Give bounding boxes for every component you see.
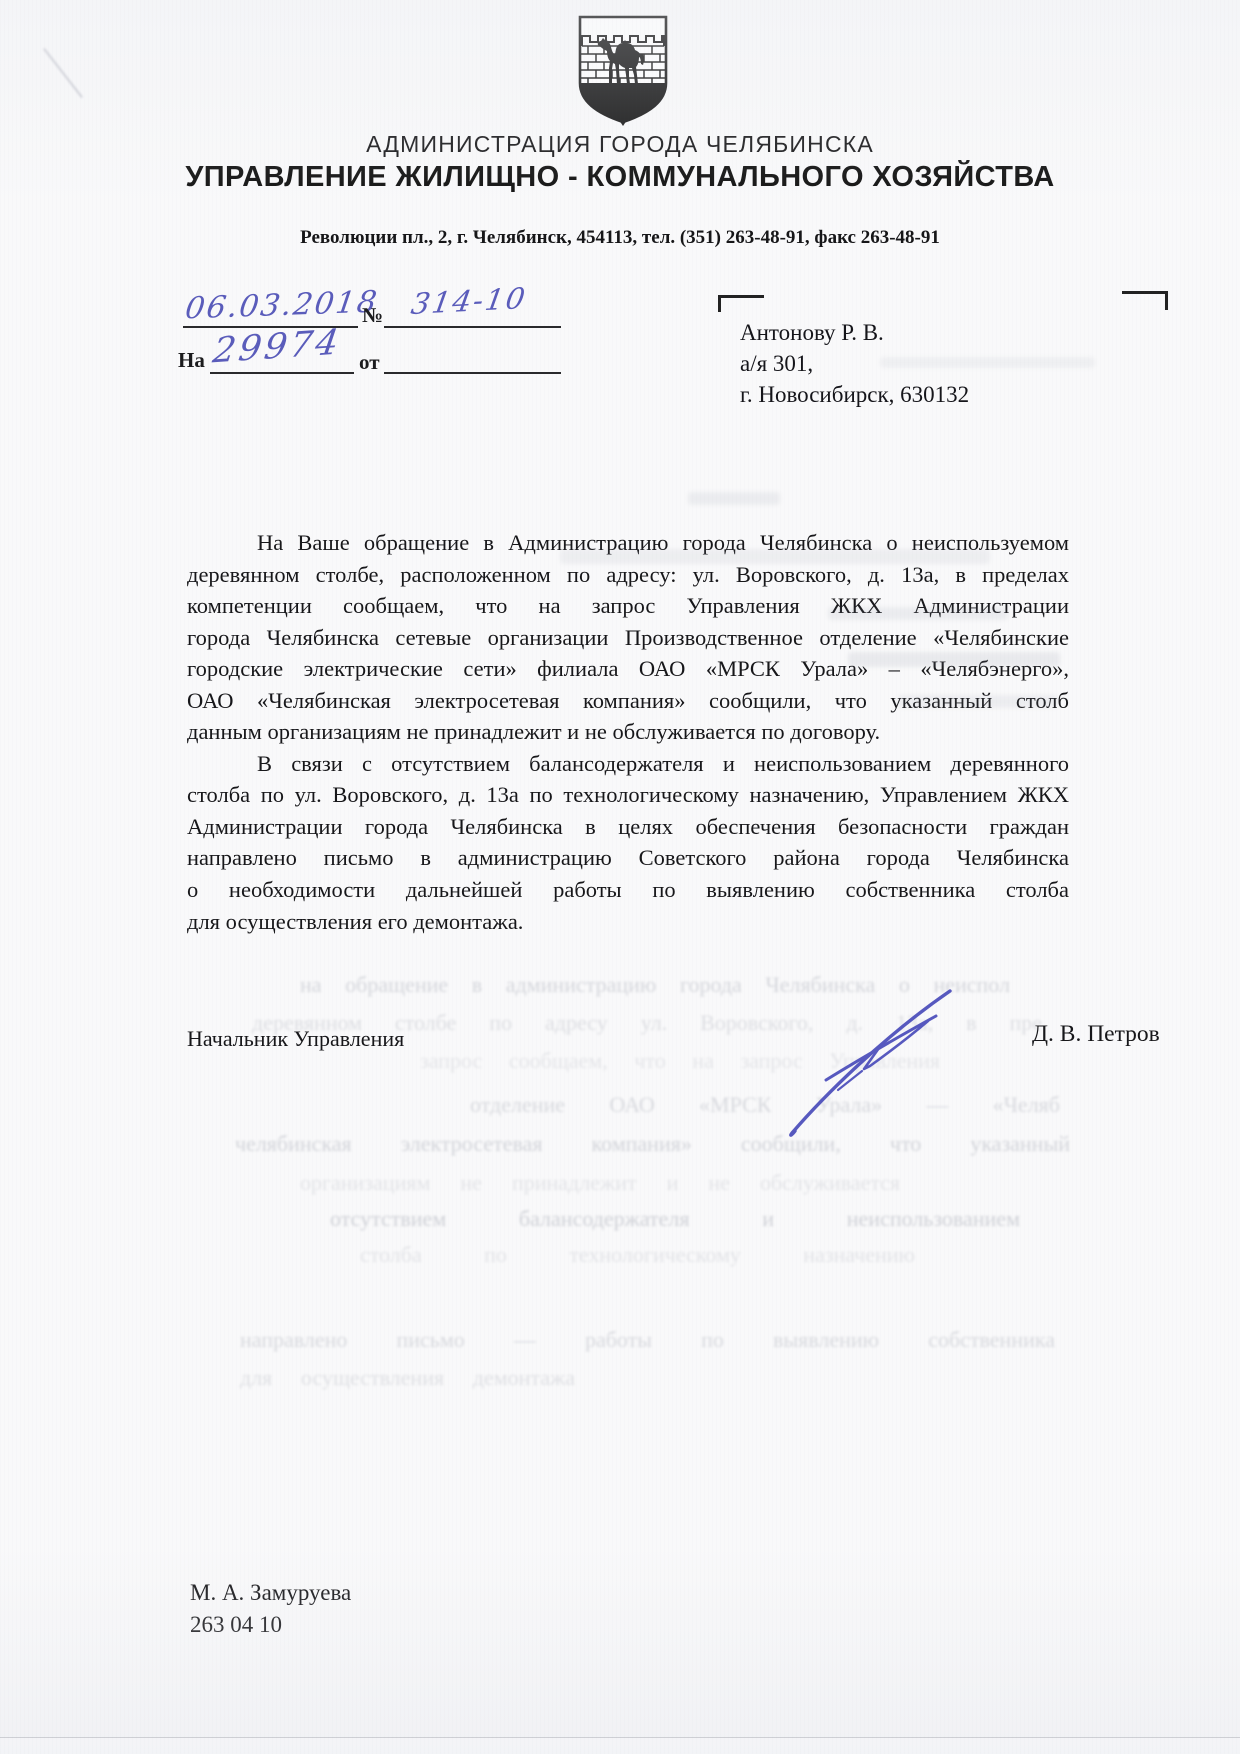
body-text: На Ваше обращение в Администрацию города… (187, 527, 1069, 937)
from-underline (384, 372, 561, 374)
bleedthrough-line: отделение ОАО «МРСК Урала» — «Челяб (470, 1092, 1060, 1118)
bleedthrough-line: организациям не принадлежит и не обслужи… (300, 1170, 900, 1196)
body-line: ОАО «Челябинская электросетевая компания… (187, 685, 1069, 717)
handwritten-outgoing-number: 314-10 (409, 281, 530, 321)
body-line: компетенции сообщаем, что на запрос Упра… (187, 590, 1069, 622)
number-underline (384, 326, 561, 328)
signer-title: Начальник Управления (187, 1026, 404, 1052)
body-line: направлено письмо в администрацию Советс… (187, 842, 1069, 874)
bleedthrough-line: столба по технологическому назначению (360, 1242, 915, 1268)
address-corner-mark-right (1122, 291, 1168, 310)
scan-corner-artifact (43, 48, 83, 98)
scanned-letter-page: АДМИНИСТРАЦИЯ ГОРОДА ЧЕЛЯБИНСКА УПРАВЛЕН… (0, 0, 1240, 1754)
body-line: для осуществления его демонтажа. (187, 906, 1069, 938)
scan-smudge (688, 492, 780, 505)
executor-phone: 263 04 10 (190, 1612, 282, 1638)
body-line: о необходимости дальнейшей работы по выя… (187, 874, 1069, 906)
bleedthrough-line: отсутствием балансодержателя и неиспольз… (330, 1206, 1020, 1232)
from-label: от (359, 350, 380, 375)
signer-name: Д. В. Петров (1032, 1021, 1160, 1048)
body-line: данным организациям не принадлежит и не … (187, 716, 1069, 748)
body-line: На Ваше обращение в Администрацию города… (187, 527, 1069, 559)
incoming-label: На (178, 348, 205, 373)
body-line: города Челябинска сетевые организации Пр… (187, 622, 1069, 654)
bleedthrough-line: направлено письмо — работы по выявлению … (240, 1327, 1055, 1353)
recipient-address-line2: г. Новосибирск, 630132 (740, 379, 969, 410)
coat-of-arms-emblem (576, 13, 670, 126)
handwritten-date: 06.03.2018 (183, 285, 381, 327)
shield-base (580, 83, 666, 122)
authority-name: АДМИНИСТРАЦИЯ ГОРОДА ЧЕЛЯБИНСКА (0, 131, 1240, 158)
department-name: УПРАВЛЕНИЕ ЖИЛИЩНО - КОММУНАЛЬНОГО ХОЗЯЙ… (0, 161, 1240, 194)
scan-bottom-edge (0, 1737, 1240, 1754)
recipient-address-line1: а/я 301, (740, 348, 969, 379)
contact-line: Революции пл., 2, г. Челябинск, 454113, … (0, 227, 1240, 249)
number-label: № (362, 303, 383, 328)
address-corner-mark-left (718, 295, 764, 312)
body-line: городские электрические сети» филиала ОА… (187, 653, 1069, 685)
bleedthrough-line: для осуществления демонтажа (240, 1365, 575, 1391)
body-line: деревянном столбе, расположенном по адре… (187, 559, 1069, 591)
recipient-name: Антонову Р. В. (740, 317, 969, 348)
executor-name: М. А. Замуруева (190, 1580, 351, 1606)
incoming-underline (210, 372, 354, 374)
body-line: В связи с отсутствием балансодержателя и… (187, 748, 1069, 780)
body-line: Администрации города Челябинска в целях … (187, 811, 1069, 843)
recipient-block: Антонову Р. В. а/я 301, г. Новосибирск, … (740, 317, 969, 410)
body-line: столба по ул. Воровского, д. 13а по техн… (187, 779, 1069, 811)
handwritten-incoming-number: 29974 (210, 323, 344, 372)
signature-ink (778, 983, 963, 1143)
